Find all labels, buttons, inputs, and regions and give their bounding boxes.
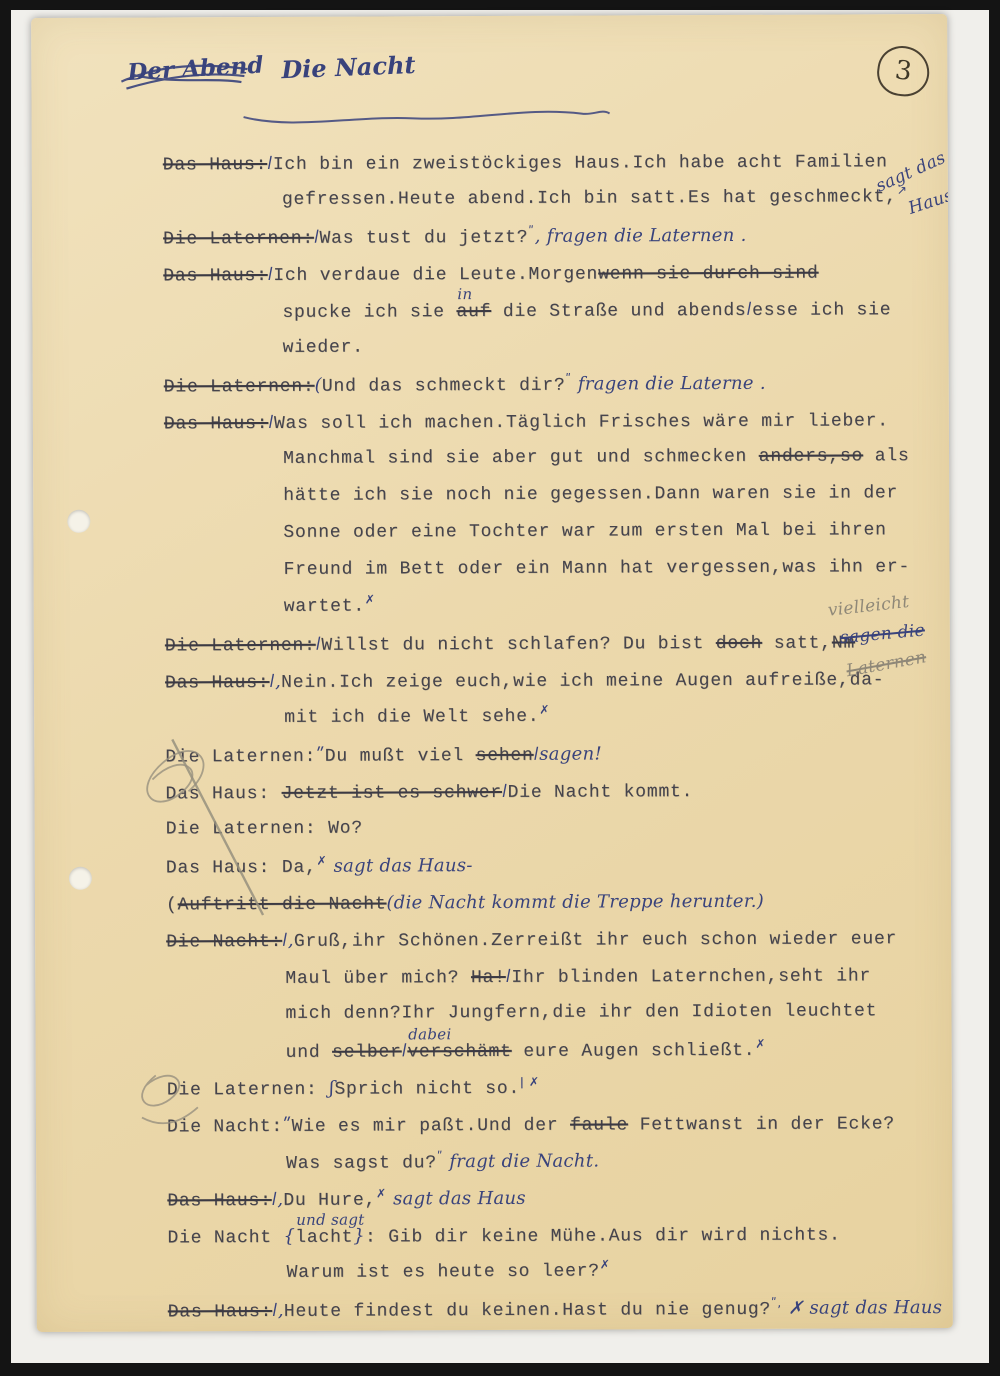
handwritten-correction: ǀ, [272,1300,284,1321]
manuscript-page: Der AbendDie Nacht 3 Das Haus:ǀIch bin e… [31,14,953,1332]
typed-segment: und [286,1043,333,1063]
typescript-line: wieder. [164,335,949,375]
typescript-line: (Auftritt die Nacht(die Nacht kommt die … [166,890,951,930]
typescript-line: Maul über mich? Ha!ǀIhr blinden Laternch… [166,964,951,1004]
typed-segment: wieder. [283,338,364,358]
title-struck-word: Der Abend [127,51,264,86]
typed-segment: Fettwanst in der Ecke? [628,1114,895,1135]
handwritten-correction: sagt das Haus [387,1188,526,1210]
insertion-mark: ʺ [437,1149,443,1163]
typed-segment: sehen [476,746,534,766]
typescript-line: Die Laternen: ʃSprich nicht so.ǀ ✗ [167,1075,952,1115]
handwritten-correction: fragt die Nacht. [443,1151,599,1173]
typescript-line: Warum ist es heute so leer?✗ [168,1260,953,1300]
typed-segment: Ihr blinden Laternchen,seht ihr [511,966,871,988]
typed-segment: Das Haus: [164,414,269,434]
typescript-line: Die Laternen:ʺDu mußt viel sehenǀsagen! [165,742,950,782]
typed-segment: Das Haus: [163,155,268,175]
typescript-line: Die Laternen:(Und das schmeckt dir?ʺ fra… [164,372,949,412]
typescript-line: Das Haus:ǀIch bin ein zweistöckiges Haus… [163,150,948,190]
typed-segment: als [863,446,910,466]
correction-with-insertion: inauf [456,302,491,322]
typed-segment: auf [456,302,491,322]
insertion-mark: ✗ [317,854,328,868]
typed-segment: Ich verdaue die Leute.Morgen [273,265,598,286]
typed-segment: esse ich sie [752,300,891,321]
typescript-line: Das Haus:ǀ,Heute findest du keinen.Hast … [168,1297,953,1332]
insertion-mark: ǀ ✗ [520,1075,540,1089]
typed-segment: Die Nacht [167,1228,283,1249]
typed-segment: Die Laternen: [165,636,316,657]
typescript-line: gefressen.Heute abend.Ich bin satt.Es ha… [163,187,948,227]
typed-segment: Sprich nicht so. [334,1079,520,1100]
handwritten-correction: } [353,1226,365,1247]
typed-segment: doch [716,634,763,654]
handwritten-correction: { [283,1226,295,1247]
correction-with-insertion: und sagtlacht [295,1228,353,1248]
typescript-line: spucke ich sie inauf die Straße und aben… [163,298,948,338]
typescript-line: Die Nacht {und sagtlacht}: Gib dir keine… [167,1223,952,1263]
insertion-mark: ✗ [600,1257,611,1271]
typed-segment: faule [570,1115,628,1135]
typed-segment: Die Laternen: Wo? [166,819,363,840]
typed-segment: ( [166,895,178,915]
typescript-line: Die Laternen:ǀWas tust du jetzt?ʺ, frage… [163,224,948,264]
typed-segment: Die Laternen: [163,229,314,250]
handwritten-correction: fragen die Laterne . [572,373,766,395]
typed-segment: Das Haus: [167,1191,272,1211]
typed-segment: lacht [295,1228,353,1248]
typescript-line: Die Nacht:ʺWie es mir paßt.Und der faule… [167,1112,952,1152]
typed-segment: Die Laternen: [165,747,316,768]
typed-segment: wartet. [284,597,365,617]
typescript-line: Das Haus:ǀIch verdaue die Leute.Morgenwe… [163,261,948,301]
typescript-line: Das Haus: Jetzt ist es schwerǀDie Nacht … [165,779,950,819]
typed-segment: Was sagst du? [286,1153,437,1174]
page-number: 3 [893,55,913,87]
typed-segment: spucke ich sie [282,302,456,323]
scan-frame: Der AbendDie Nacht 3 Das Haus:ǀIch bin e… [0,0,1000,1376]
typed-segment: Maul über mich? [285,968,471,989]
typed-segment: Heute findest du keinen.Hast du nie genu… [284,1300,771,1322]
typed-segment: Das Haus: [165,784,281,805]
typed-segment: Die Laternen: [167,1080,330,1101]
typescript-line: und selberǀdabeiverschämt eure Augen sch… [167,1038,952,1078]
title-underline-flourish [244,111,610,122]
typed-segment: Wie es mir paßt.Und der [292,1116,571,1137]
punch-hole [67,510,90,533]
handwritten-correction: ✗ sagt das Haus [782,1297,942,1319]
insertion-mark: ʺ [528,224,534,238]
typed-segment: mich denn?Ihr Jungfern,die ihr den Idiot… [285,1001,877,1024]
typed-segment: Gruß,ihr Schönen.Zerreißt ihr euch schon… [294,929,897,952]
handwritten-correction: ǀ, [269,671,281,692]
typed-segment: Warum ist es heute so leer? [287,1262,600,1283]
typed-segment: Was tust du jetzt? [319,228,528,249]
typed-segment: Das Haus: [165,673,270,693]
typed-segment: Die Nacht: [166,932,282,953]
typed-segment: verschämt [407,1042,512,1062]
typed-segment: Die Nacht: [167,1117,283,1138]
insertion-mark: ✗ [755,1037,766,1051]
handwritten-correction: sagt das Haus- [327,855,472,877]
handwritten-insertion-above: und sagt [296,1211,364,1229]
typed-segment: Und das schmeckt dir? [322,376,566,397]
typed-segment: hätte ich sie noch nie gegessen.Dann war… [283,483,898,506]
typed-segment: Das Haus: [168,1302,273,1322]
typed-segment: Die Laternen: [164,377,315,398]
typed-segment: Manchmal sind sie aber gut und schmecken [283,447,759,469]
handwritten-correction: , fragen die Laternen . [535,225,747,247]
typescript-line: Die Laternen: Wo? [166,816,951,856]
handwritten-insertion-above: in [457,285,472,303]
insertion-mark: ʺ [565,372,571,386]
typed-segment: Du mußt viel [325,746,476,767]
insertion-mark: ✗ [365,593,376,607]
typed-segment: anders,so [759,446,864,466]
typescript-line: Sonne oder eine Tochter war zum ersten M… [164,520,949,560]
insertion-mark: ✗ [376,1186,387,1200]
typescript-line: Das Haus:ǀ,Nein.Ich zeige euch,wie ich m… [165,668,950,708]
handwritten-correction: (die Nacht kommt die Treppe herunter.) [386,891,764,914]
typescript-line: Die Laternen:ǀWillst du nicht schlafen? … [165,631,950,671]
typed-segment: satt, [762,634,832,654]
typed-segment: Jetzt ist es schwer [282,783,503,804]
typed-segment: Sonne oder eine Tochter war zum ersten M… [283,520,886,543]
handwritten-correction: ǀ, [272,1189,284,1210]
typescript-line: Die Nacht:ǀ,Gruß,ihr Schönen.Zerreißt ih… [166,927,951,967]
handwritten-correction: ǀ, [282,930,294,951]
handwritten-correction: ʺ [283,1115,292,1136]
title-text: Die Nacht [281,50,416,84]
typescript-line: mit ich die Welt sehe.✗ [165,705,950,745]
typed-segment: : Gib dir keine Mühe.Aus dir wird nichts… [365,1225,841,1247]
typescript-line: Manchmal sind sie aber gut und schmecken… [164,446,949,486]
typed-segment: Ha! [471,968,506,988]
typescript-line: hätte ich sie noch nie gegessen.Dann war… [164,483,949,523]
typed-segment: Willst du nicht schlafen? Du bist [321,634,716,656]
typed-segment: Was soll ich machen.Täglich Frisches wär… [274,411,889,434]
insertion-mark: ʺ, [771,1296,782,1310]
handwritten-title: Der AbendDie Nacht [127,52,415,82]
insertion-mark: ✗ [539,703,550,717]
typescript-line: Das Haus:ǀ,Du Hure,✗ sagt das Haus [167,1186,952,1226]
typed-segment: Die Nacht kommt. [508,782,694,803]
punch-hole [69,867,92,890]
typescript-line: mich denn?Ihr Jungfern,die ihr den Idiot… [166,1001,951,1041]
typed-segment: gefressen.Heute abend.Ich bin satt.Es ha… [282,187,897,210]
typed-segment: Ich bin ein zweistöckiges Haus.Ich habe … [273,152,888,175]
typed-segment: Auftritt die Nacht [178,894,387,915]
typescript-body: Das Haus:ǀIch bin ein zweistöckiges Haus… [163,150,953,1332]
typescript-line: Was sagst du?ʺ fragt die Nacht. [167,1149,952,1189]
typed-segment: eure Augen schließt. [512,1041,756,1062]
correction-with-insertion: dabeiverschämt [407,1042,512,1062]
typed-segment: Du Hure, [283,1191,376,1211]
typed-segment: Das Haus: Da, [166,858,317,879]
typed-segment: Freund im Bett oder ein Mann hat vergess… [284,557,911,580]
typed-segment: mit ich die Welt sehe. [284,707,539,728]
typescript-line: Freund im Bett oder ein Mann hat vergess… [165,557,950,597]
typescript-line: Das Haus: Da,✗ sagt das Haus- [166,853,951,893]
typed-segment: Das Haus: [163,266,268,286]
typed-segment: wenn sie durch sind [598,264,819,285]
handwritten-insertion-above: dabei [408,1025,451,1043]
typed-segment: die Straße und abends [491,301,746,322]
handwritten-correction: ǀsagen! [534,744,602,765]
typed-segment: Nein.Ich zeige euch,wie ich meine Augen … [281,670,884,693]
typed-segment: selber [332,1042,402,1062]
page-number-circled: 3 [874,43,932,100]
typescript-line: Das Haus:ǀWas soll ich machen.Täglich Fr… [164,409,949,449]
